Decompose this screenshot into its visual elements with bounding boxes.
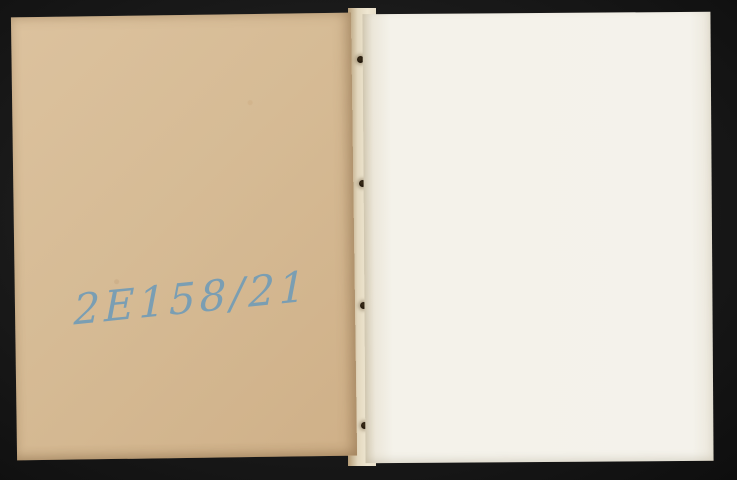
registry-page: 7 1 RÉPUBLIQUE FRANÇAISE DÉPARTEMENT DE … [362,12,713,463]
book-cover: 2E158/21 [11,13,357,461]
scanned-register-spread: 2E158/21 7 1 RÉPUBLIQUE FRANÇAISE DÉPART… [0,0,737,480]
archive-call-number: 2E158/21 [73,260,322,335]
